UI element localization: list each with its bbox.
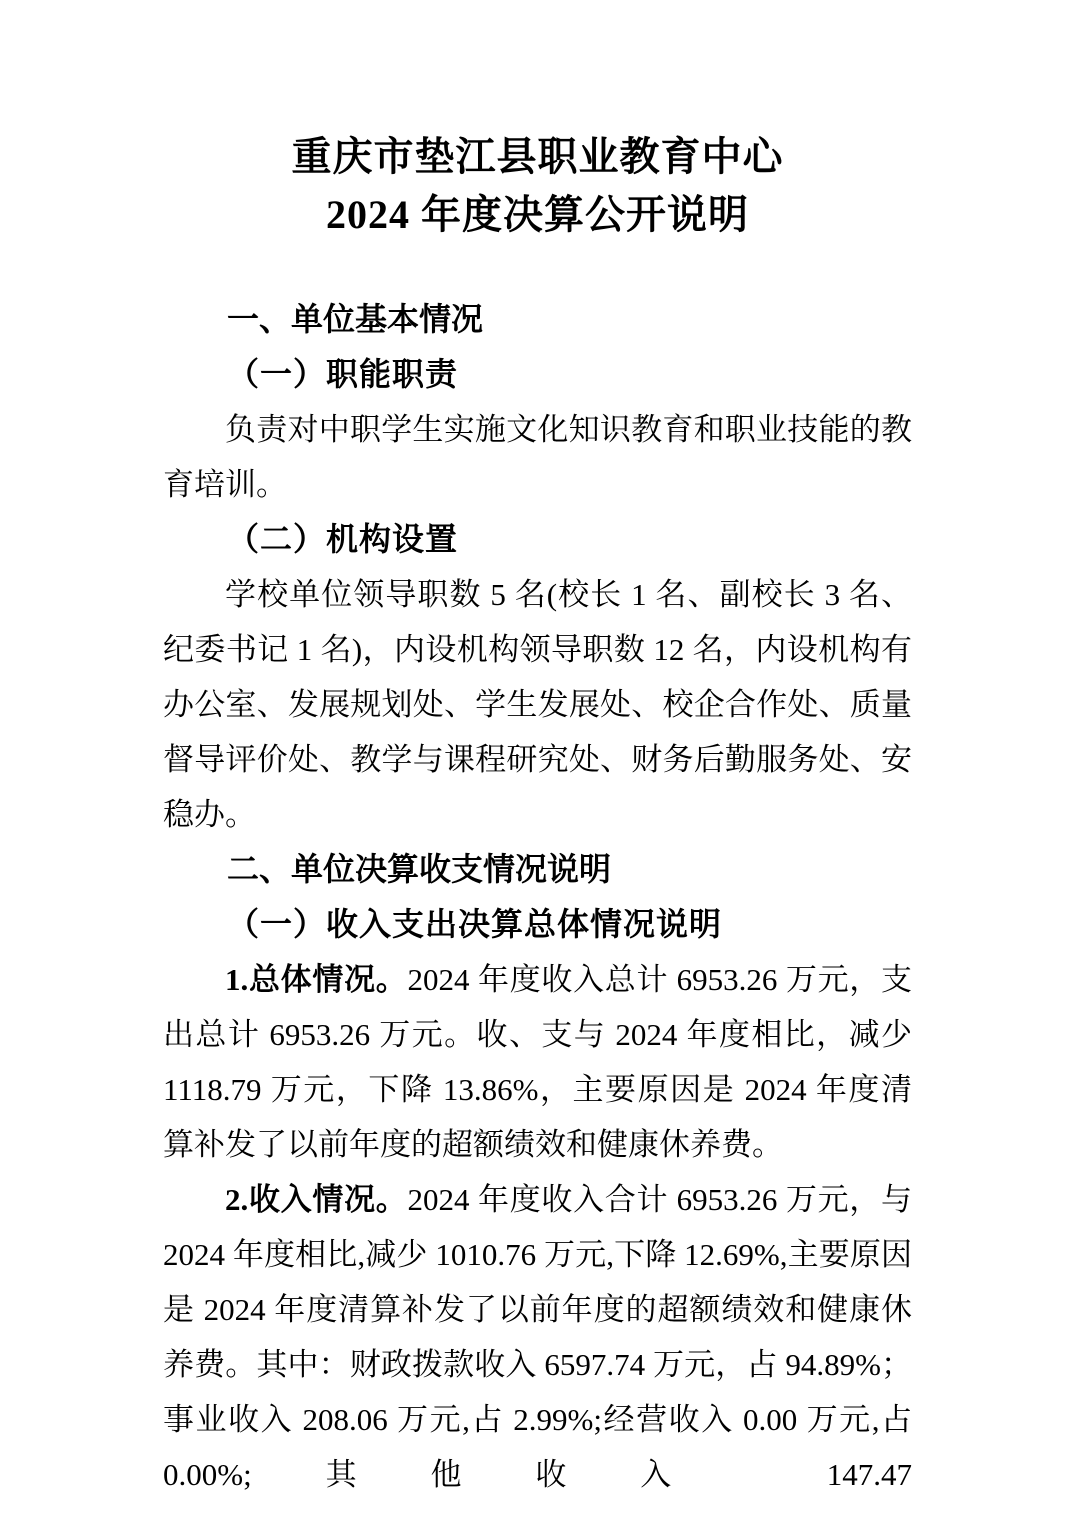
paragraph-organization-setup: 学校单位领导职数 5 名(校长 1 名、副校长 3 名、纪委书记 1 名)，内设… <box>163 567 912 842</box>
paragraph-overall-situation-lead: 1.总体情况。 <box>225 962 408 997</box>
document-page: 重庆市垫江县职业教育中心 2024 年度决算公开说明 一、单位基本情况 （一）职… <box>0 0 1075 1520</box>
heading-functions-duties: （一）职能职责 <box>163 347 912 402</box>
document-title: 重庆市垫江县职业教育中心 2024 年度决算公开说明 <box>163 128 912 244</box>
paragraph-income-situation: 2.收入情况。2024 年度收入合计 6953.26 万元，与 2024 年度相… <box>163 1172 912 1502</box>
paragraph-income-situation-text: 2024 年度收入合计 6953.26 万元，与 2024 年度相比,减少 10… <box>163 1182 912 1492</box>
paragraph-functions-duties: 负责对中职学生实施文化知识教育和职业技能的教育培训。 <box>163 402 912 512</box>
paragraph-income-situation-lead: 2.收入情况。 <box>225 1182 408 1217</box>
heading-unit-basic-info: 一、单位基本情况 <box>163 292 912 347</box>
heading-income-expenditure-overview: （一）收入支出决算总体情况说明 <box>163 897 912 952</box>
document-body: 一、单位基本情况 （一）职能职责 负责对中职学生实施文化知识教育和职业技能的教育… <box>163 292 912 1502</box>
paragraph-overall-situation: 1.总体情况。2024 年度收入总计 6953.26 万元，支出总计 6953.… <box>163 952 912 1172</box>
document-title-line1: 重庆市垫江县职业教育中心 <box>163 128 912 186</box>
heading-budget-final-accounts: 二、单位决算收支情况说明 <box>163 842 912 897</box>
heading-organization-setup: （二）机构设置 <box>163 512 912 567</box>
document-title-line2: 2024 年度决算公开说明 <box>163 186 912 244</box>
